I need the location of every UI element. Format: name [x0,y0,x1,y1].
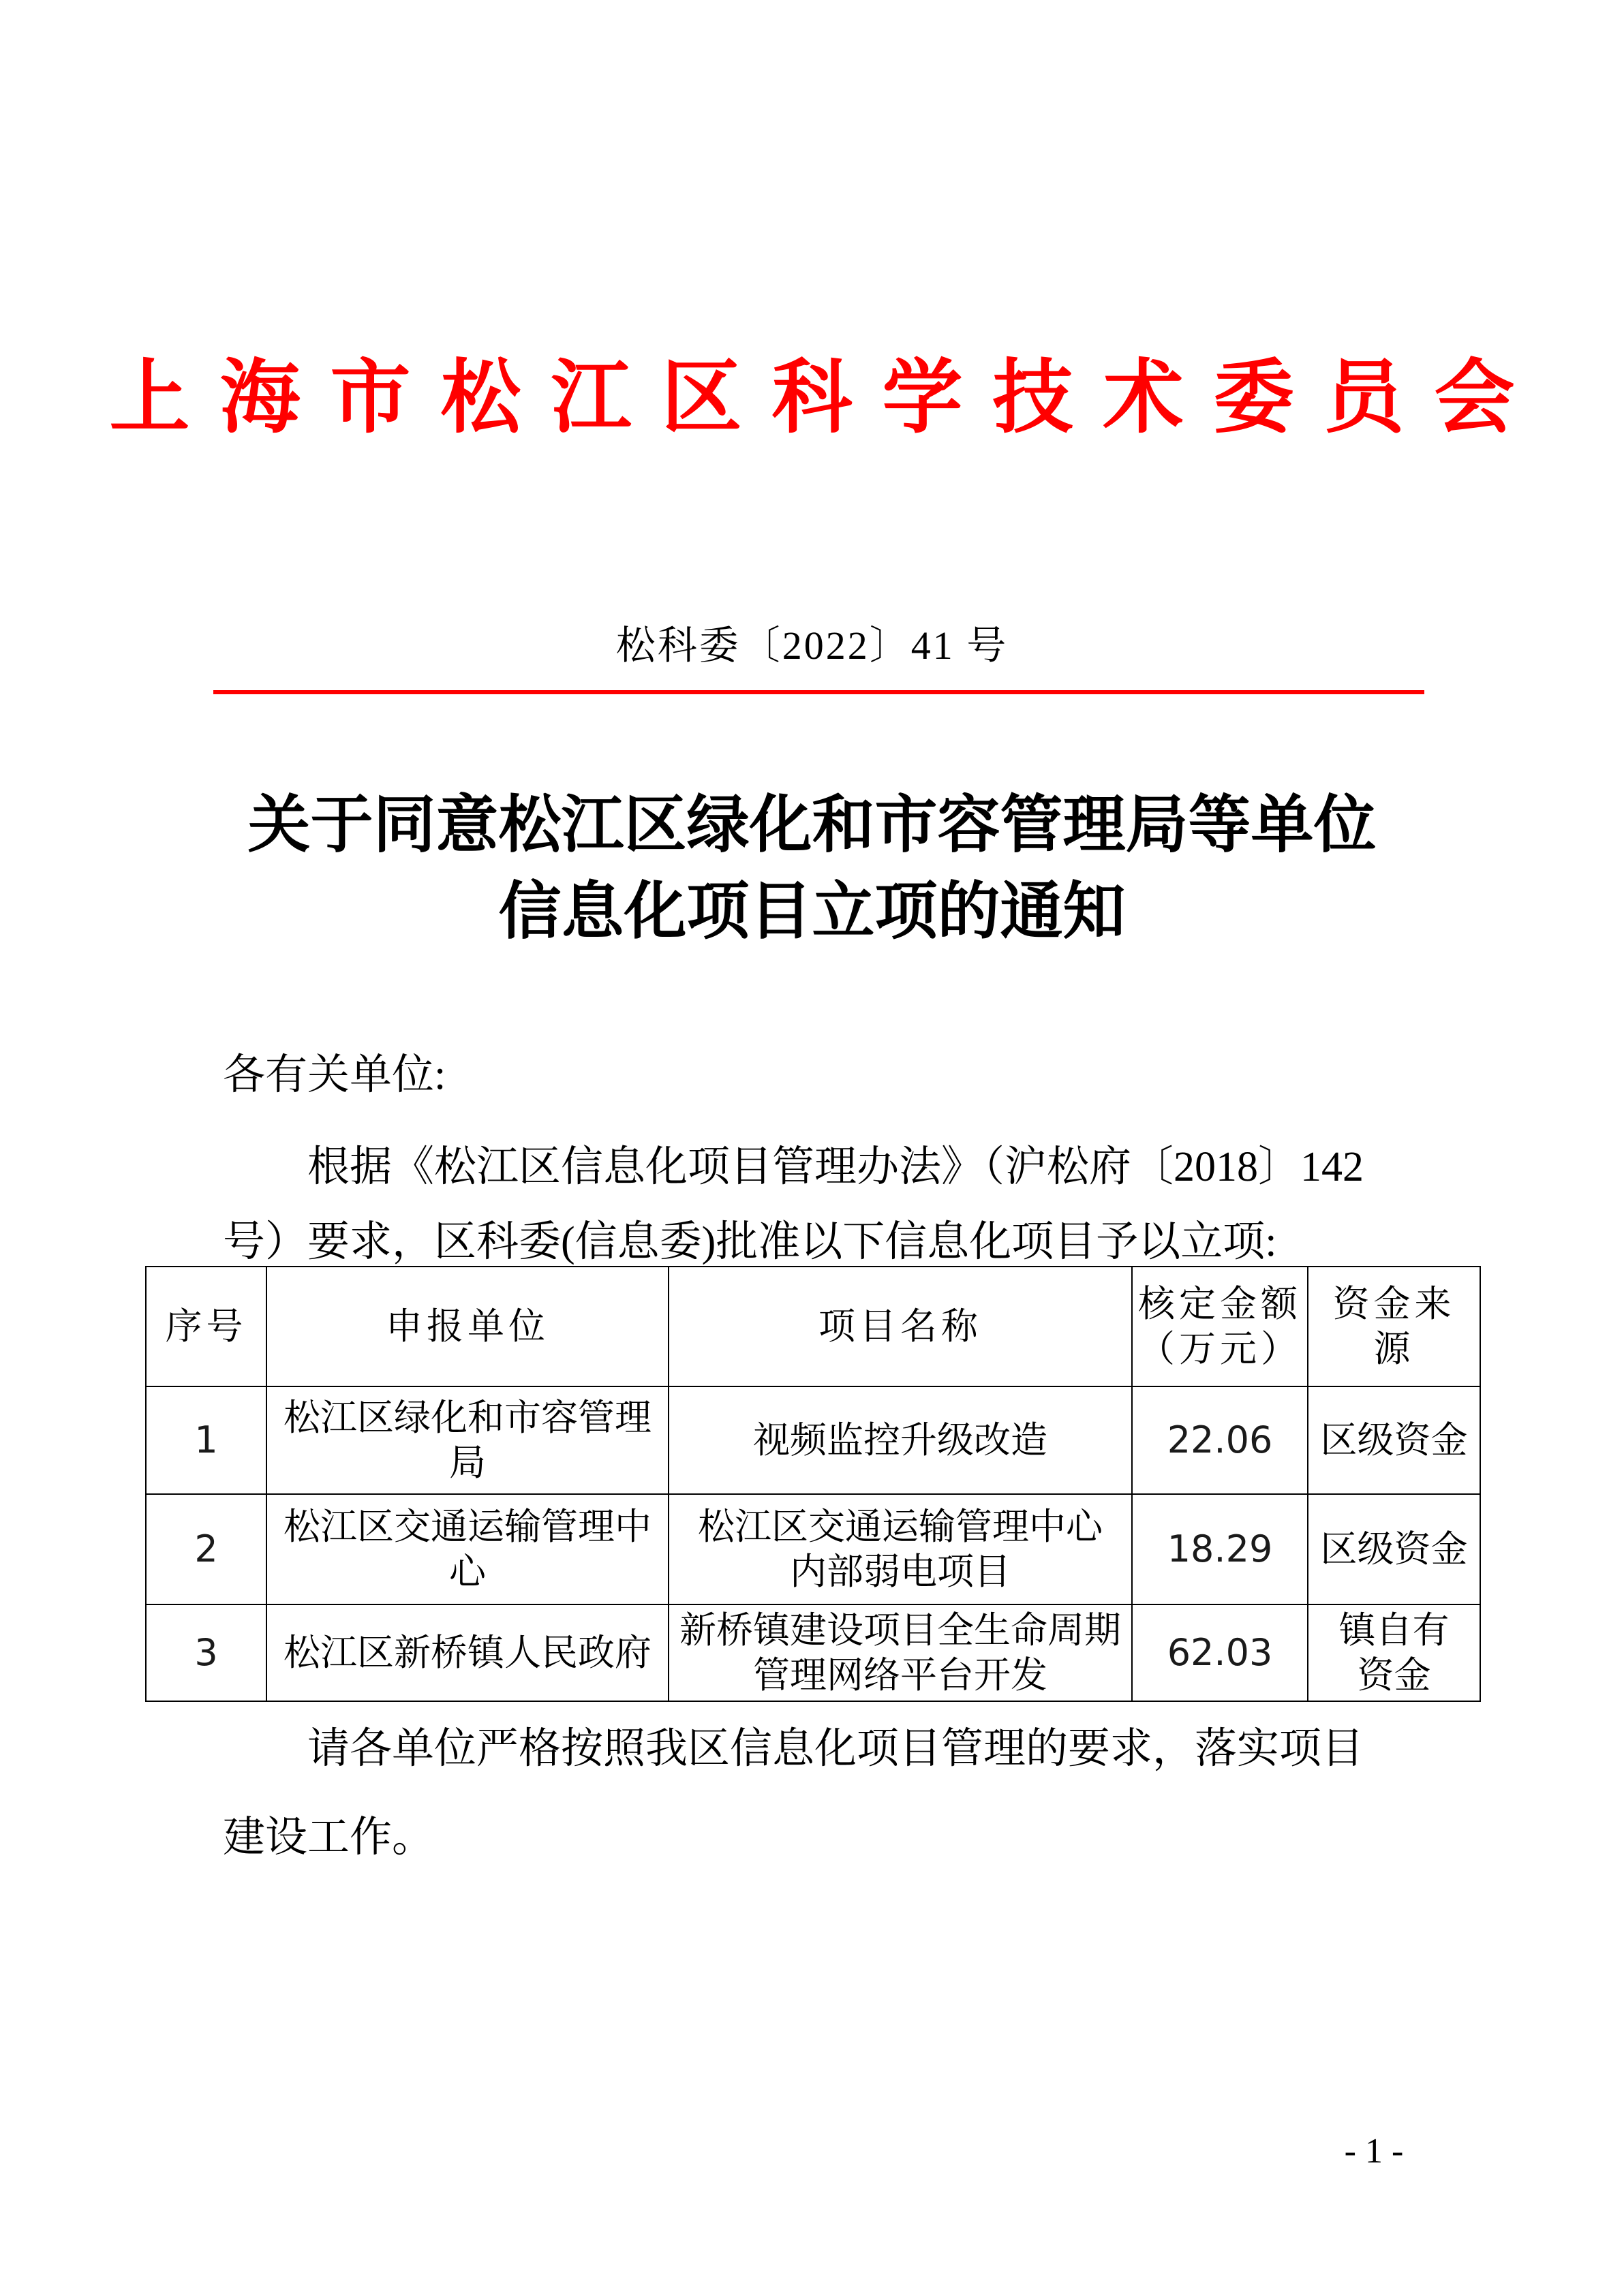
column-header-seq: 序号 [146,1267,266,1386]
cell-amount-1: 22.06 [1132,1386,1308,1494]
table-row: 3 松江区新桥镇人民政府 新桥镇建设项目全生命周期 管理网络平台开发 62.03… [146,1604,1480,1701]
page-number: - 1 - [1292,2131,1456,2172]
agency-title: 上海市松江区科学技术委员会 [0,344,1624,453]
table-row: 2 松江区交通运输管理中心 松江区交通运输管理中心 内部弱电项目 18.29 区… [146,1494,1480,1604]
document-page: 上海市松江区科学技术委员会 松科委〔2022〕41 号 关于同意松江区绿化和市容… [0,0,1624,2296]
paragraph1-line2: 号）要求，区科委(信息委)批准以下信息化项目予以立项: [223,1218,1422,1266]
cell-source-2: 区级资金 [1308,1494,1480,1604]
cell-unit-1: 松江区绿化和市容管理局 [266,1386,669,1494]
cell-project-3: 新桥镇建设项目全生命周期 管理网络平台开发 [669,1604,1132,1701]
cell-seq-2: 2 [146,1494,266,1604]
paragraph1-line1: 根据《松江区信息化项目管理办法》（沪松府〔2018〕142 [223,1143,1422,1191]
cell-unit-2: 松江区交通运输管理中心 [266,1494,669,1604]
table-header-row: 序号 申报单位 项目名称 核定金额 （万元） 资金来源 [146,1267,1480,1386]
notice-title-line2: 信息化项目立项的通知 [0,869,1624,955]
cell-amount-3: 62.03 [1132,1604,1308,1701]
cell-project-2: 松江区交通运输管理中心 内部弱电项目 [669,1494,1132,1604]
notice-title: 关于同意松江区绿化和市容管理局等单位 信息化项目立项的通知 [0,782,1624,955]
cell-source-3: 镇自有 资金 [1308,1604,1480,1701]
table-row: 1 松江区绿化和市容管理局 视频监控升级改造 22.06 区级资金 [146,1386,1480,1494]
projects-table: 序号 申报单位 项目名称 核定金额 （万元） 资金来源 1 松江区绿化和市容管理… [145,1266,1481,1702]
column-header-unit: 申报单位 [266,1267,669,1386]
column-header-amount: 核定金额 （万元） [1132,1267,1308,1386]
red-divider-line [213,690,1424,694]
column-header-source: 资金来源 [1308,1267,1480,1386]
cell-source-1: 区级资金 [1308,1386,1480,1494]
salutation-text: 各有关单位: [223,1051,1422,1099]
closing-paragraph-line1: 请各单位严格按照我区信息化项目管理的要求，落实项目 [223,1725,1422,1773]
column-header-project: 项目名称 [669,1267,1132,1386]
notice-title-line1: 关于同意松江区绿化和市容管理局等单位 [0,782,1624,869]
cell-amount-2: 18.29 [1132,1494,1308,1604]
cell-unit-3: 松江区新桥镇人民政府 [266,1604,669,1701]
cell-project-1: 视频监控升级改造 [669,1386,1132,1494]
cell-seq-1: 1 [146,1386,266,1494]
cell-seq-3: 3 [146,1604,266,1701]
document-number: 松科委〔2022〕41 号 [0,619,1624,673]
closing-paragraph-line2: 建设工作。 [223,1814,1422,1861]
